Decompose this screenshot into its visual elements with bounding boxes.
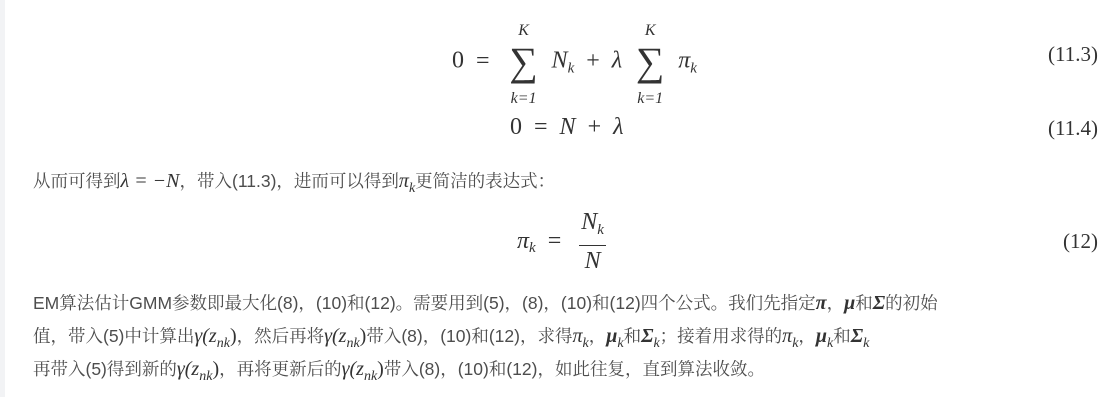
equation-number: (11.4): [1048, 116, 1098, 141]
sub-k: k: [568, 61, 575, 77]
fraction: Nk N: [579, 207, 606, 276]
text: 的初始: [885, 293, 938, 313]
eq-lhs: 0: [510, 114, 522, 140]
math-gamma: γ(z: [194, 325, 216, 347]
sum-symbol: ∑: [502, 42, 546, 82]
eq-lhs: 0: [452, 48, 464, 74]
sub-nk: nk: [199, 369, 212, 384]
eq-equals: =: [534, 114, 548, 140]
text: 值，带入(5)中计算出: [33, 326, 194, 346]
math-sigma-bold: Σ: [641, 325, 653, 347]
sub-k: k: [690, 61, 697, 77]
sum-lower: k=1: [502, 90, 546, 108]
math-gamma: γ(z: [177, 358, 199, 380]
sub-nk: nk: [364, 369, 377, 384]
term-pi: π: [678, 48, 690, 74]
term-N: N: [581, 209, 597, 235]
equation-11-3-body: 0 = K ∑ k=1 Nk + λ K ∑ k=1 πk: [452, 42, 697, 82]
equation-12: πk = Nk N (12): [0, 205, 1120, 275]
math-paren: ): [377, 358, 384, 380]
text: ，然后再将: [237, 326, 325, 346]
math-paren: ): [230, 325, 237, 347]
text: 和: [833, 326, 851, 346]
math-lambda-eq: λ = −N: [121, 170, 180, 192]
math-mu-bold: μ: [844, 292, 855, 314]
eq-plus: +: [588, 114, 602, 140]
math-mu-bold: μ: [606, 325, 617, 347]
text: 更简洁的表达式：: [415, 171, 555, 191]
eq-equals: =: [476, 48, 490, 74]
math-mu-bold: μ: [816, 325, 827, 347]
sub-nk: nk: [217, 336, 230, 351]
text: 从而可得到: [33, 171, 121, 191]
fraction-numerator: Nk: [579, 207, 606, 246]
sum-operator: K ∑ k=1: [502, 42, 546, 82]
text: ，带入(11.3)，进而可以得到: [180, 171, 399, 191]
math-pi: π: [572, 325, 582, 347]
text: ，: [589, 326, 607, 346]
sum-upper: K: [502, 22, 546, 40]
paragraph-em-line-3: 再带入(5)得到新的γ(znk)，再将更新后的γ(znk)带入(8)，(10)和…: [33, 353, 765, 393]
sub-k: k: [597, 222, 604, 238]
sub-k: k: [863, 336, 869, 351]
text: 和: [855, 293, 873, 313]
equation-11-3: 0 = K ∑ k=1 Nk + λ K ∑ k=1 πk (11.3): [0, 20, 1120, 100]
text: ；接着用求得的: [660, 326, 783, 346]
fraction-denominator: N: [579, 246, 606, 276]
sum-symbol: ∑: [628, 42, 672, 82]
sum-lower: k=1: [628, 90, 672, 108]
sum-upper: K: [628, 22, 672, 40]
paragraph-lambda-result: 从而可得到λ = −N，带入(11.3)，进而可以得到πk更简洁的表达式：: [33, 165, 555, 205]
term-N: N: [552, 48, 568, 74]
math-gamma: γ(z: [324, 325, 346, 347]
term-pi: π: [517, 228, 529, 254]
eq-equals: =: [548, 228, 562, 254]
equation-11-4: 0 = N + λ (11.4): [0, 108, 1120, 148]
equation-number: (12): [1063, 229, 1098, 254]
text: ，再将更新后的: [219, 359, 342, 379]
sub-nk: nk: [346, 336, 359, 351]
text: EM算法估计GMM参数即最大化(8)，(10)和(12)。需要用到(5)，(8)…: [33, 293, 816, 313]
text: 和: [624, 326, 642, 346]
sub-k: k: [529, 240, 536, 256]
text: 再带入(5)得到新的: [33, 359, 177, 379]
text: ，: [798, 326, 816, 346]
text: 带入(8)，(10)和(12)，求得: [366, 326, 572, 346]
math-sigma-bold: Σ: [851, 325, 863, 347]
term-N: N: [560, 114, 576, 140]
sum-operator: K ∑ k=1: [628, 42, 672, 82]
math-pi-bold: π: [816, 292, 827, 314]
math-gamma: γ(z: [342, 358, 364, 380]
equation-12-body: πk = Nk N: [517, 207, 606, 276]
lambda: λ: [612, 48, 622, 74]
text: 带入(8)，(10)和(12)，如此往复，直到算法收敛。: [384, 359, 765, 379]
paragraph-em-line-1: EM算法估计GMM参数即最大化(8)，(10)和(12)。需要用到(5)，(8)…: [33, 287, 938, 320]
eq-plus: +: [586, 48, 600, 74]
math-sigma-bold: Σ: [873, 292, 885, 314]
text: ，: [827, 293, 845, 313]
equation-number: (11.3): [1048, 42, 1098, 67]
math-pi: π: [782, 325, 792, 347]
math-pi: π: [399, 170, 409, 192]
lambda: λ: [613, 114, 623, 140]
equation-11-4-body: 0 = N + λ: [510, 114, 624, 141]
